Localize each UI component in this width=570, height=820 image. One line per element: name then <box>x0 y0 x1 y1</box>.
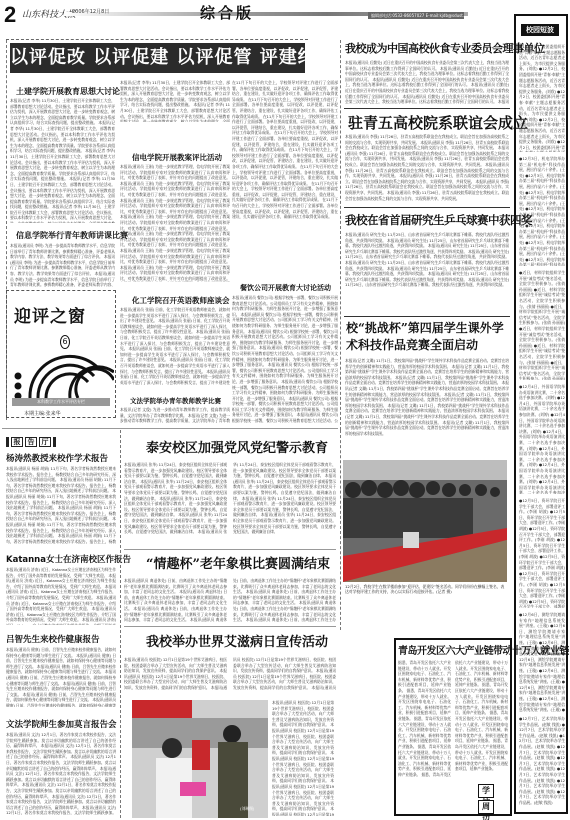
campus-brief-item: ●12月3日，机电学院举办第三届“机电杯”科技作品展，展出作品六十余件。(王亮)… <box>519 156 565 266</box>
article-body-center-column: 在11月下旬召开的大会上，学校领导对评建工作进行了全面部署。各单位要高度重视，以… <box>232 80 338 268</box>
headline-table-tennis: 我校在省首届研究生乒乓球赛中获四奖 <box>345 212 532 228</box>
headline-aids-day: 我校举办世界艾滋病日宣传活动 <box>146 631 328 650</box>
divider <box>340 40 341 430</box>
article-body-civil-college-cont: 本报讯(记者 李华) 11月30日，土建学院召开全体教职工大会，部署教育思想大讨… <box>120 80 230 122</box>
article-body-katanna-report: 本报讯(通讯员 济南) 近日，Katanna女士应邀在济南校区为师生作报告，介绍… <box>6 567 116 625</box>
article-body-yang-report: 本报讯(通讯员 杨丽 胡娟) 11月下旬，著名学者杨涛然教授应邀来我校作学术报告… <box>6 466 116 544</box>
lead-banner-headline: 以评促改 以评促建 以评促管 评建结合 重在建设 <box>10 43 305 73</box>
tag-surroundings: 周 边 <box>478 800 494 814</box>
article-body-chess: 本报讯(通讯员 离退休处) 日前，由离退休工作处主办的“情趣杯”老年象棋比赛圆满… <box>124 578 336 624</box>
article-body-aids-day-cont: 本报讯(通讯员 校医院) 12月1日是第19个世界艾滋病日，校医院、校团委联合举… <box>272 700 334 816</box>
divider <box>344 207 510 208</box>
headline-law-report: 文法学院师生参加莫言报告会 <box>6 718 117 730</box>
article-body-law-report: 本报讯(通讯员 文法) 12月1日，著名作家莫言来我校作报告，文法学院师生踊跃参… <box>6 732 116 816</box>
report-hall-label: 报 告 厅 <box>6 436 56 448</box>
article-body-alliance: 本报讯(通讯员 李强) 11月26日，驻青五高校院系联谊会在我校成立。联谊会旨在… <box>345 134 509 204</box>
headline-chem-college: 化工学院召开英语教师座谈会 <box>132 295 230 306</box>
campus-brief-item: ●近日，材料学院组织学生开展“诚信考试”签名活动，全院学生积极参与。(张倩 孙丽… <box>519 270 565 380</box>
headline-civil-college: 土建学院开展教育思想大讨论 <box>16 86 120 97</box>
report-hall-char: 报 <box>11 437 23 447</box>
divider <box>6 39 308 40</box>
article-body-taian-campus: 本报讯(通讯员 张华) 11月24日，泰安校区组织全体党员干部观看警示教育片，进… <box>124 462 336 548</box>
headline-yang-report: 杨涛然教授来校作学术报告 <box>6 452 108 464</box>
contact-info: 编辑部电话:0532-86057027 E-mail:kjdb@sdust.ed… <box>368 12 464 19</box>
headline-challenge-cup: 校“挑战杯”第四届学生课外学术科技作品竞赛全面启动 <box>346 320 510 354</box>
headline-katanna-report: Katanna女士在济南校区作报告 <box>6 553 131 565</box>
welcome-window-editor: 本期主编:张来华 <box>24 410 61 417</box>
photo-aids-day <box>132 700 268 818</box>
campus-briefs-title: 校园短波 <box>521 24 559 36</box>
photo-signing-event <box>343 460 507 582</box>
welcome-window-issue: 6 <box>60 335 70 349</box>
article-body-catering-company: 本报讯(通讯员 餐饮公司) 根据学校统一部署，餐饮公司积极开展教育思想大讨论活动… <box>232 295 338 423</box>
headline-elec-college: 信电学院开展教案评比活动 <box>132 152 222 163</box>
article-body-info-contest: 本报讯(通讯员 李明) 为进一步提高青年教师教学水平，信息学院日前举行了青年教师… <box>10 243 115 287</box>
article-body-table-tennis: 本报讯(通讯员 研究生处) 11月25日，山东省首届研究生乒乓球比赛落下帷幕。我… <box>345 232 509 314</box>
campus-brief-item: ●12月4日，外国语学院举办英语演讲比赛，二十余名选手参加决赛。(刘婷) ●12… <box>519 384 565 494</box>
headline-alliance: 驻青五高校院系联谊会成立 <box>348 112 528 133</box>
report-hall-char: 告 <box>25 437 37 447</box>
headline-taian-campus: 泰安校区加强党风党纪警示教育 <box>146 437 328 456</box>
divider <box>124 626 336 627</box>
article-body-law-young-teacher: 本报讯(记者 文俊) 为进一步推动青年教师教学工作，提高教学质量，文法学院举办了… <box>120 407 230 423</box>
photo-signing-crowd-graphic <box>343 460 507 582</box>
headline-law-young-teacher: 文法学院举办青年教师教学比赛 <box>130 396 221 405</box>
report-hall-cap <box>53 437 56 447</box>
article-body-elec-college: 本报讯(通讯员 王刚) 为进一步规范教学管理，信电学院开展了教案评比活动。学院组… <box>120 164 230 282</box>
welcome-window-strip: 本科教学工作水平评估专栏 <box>12 398 110 406</box>
headline-catering-company: 餐饮公司开展教育大讨论活动 <box>240 283 331 293</box>
divider <box>344 316 510 317</box>
article-body-civil-college: 本报讯(记者 李华) 11月30日，土建学院召开全体教职工大会，部署教育思想大讨… <box>10 98 115 223</box>
issue-date: 2006年12月8日 <box>72 8 109 15</box>
headline-chess: “情趣杯”老年象棋比赛圆满结束 <box>146 553 330 572</box>
campus-brief-item: ●12月7日，艺术学院举办学生作品展。(赵敏 钱凯) ●12月7日，艺术学院举办… <box>519 716 565 812</box>
divider <box>340 430 341 630</box>
divider <box>120 430 121 818</box>
article-body-chem-college: 本报讯(通讯员 张丽) 日前，化工学院召开英语教师座谈会，就如何进一步提高学生英… <box>120 307 230 385</box>
article-body-aids-day: 本报讯(通讯员 校医院) 12月1日是第19个世界艾滋病日，校医院、校团委联合举… <box>124 657 336 693</box>
welcome-window-title: 迎评之窗 <box>14 302 86 327</box>
photo-aids-day-graphic <box>132 700 268 818</box>
page-number: 2 <box>4 2 16 28</box>
photo-credit-aids: (刘琳摄) <box>240 806 270 814</box>
campus-brief-item: ●12月2日，校团委组织开展“青春·奉献”主题志愿服务活动，近百名青年志愿者走上… <box>519 44 565 152</box>
report-hall-char: 厅 <box>39 437 51 447</box>
campus-brief-item: ●12月6日，测绘学院邀请专家作“地理信息系统发展”讲座。(王璇) ●12月6日… <box>519 612 565 712</box>
article-body-catering-committee: 本报讯(通讯员 后勤处) 近日在重庆召开的中国高校伙食专业委员会第三次代表大会上… <box>345 60 509 105</box>
divider <box>124 549 336 550</box>
welcome-window-arcs-graphic <box>10 350 114 398</box>
report-hall-cap <box>6 437 9 447</box>
tag-school: 学 校 <box>478 784 494 798</box>
divider <box>344 108 510 109</box>
article-body-lv-report: 本报讯(通讯员 健康) 日前，吕智先生应邀来校作健康报告，就如何保持身心健康等问… <box>6 647 116 707</box>
article-body-challenge-cup: 本报讯(记者 文璐) 11月1日，我校第四届“挑战杯”学生课外学术科技作品竞赛全… <box>345 358 509 458</box>
campus-brief-item: ●12月5日，资环学院召开学生干部大会，部署迎评工作。(李刚 胡波) ●12月5… <box>519 498 565 608</box>
divider <box>2 428 338 429</box>
headline-info-contest: 信息学院举行青年教师讲课比赛 <box>16 230 128 241</box>
section-title: 综合版 <box>200 2 254 23</box>
headline-lv-report: 吕智先生来校作健康报告 <box>6 633 100 645</box>
photo-caption-signing: 12月2日，我校学生在数学楼前参加“迎评估、促建设”签名活动。同学们纷纷在横幅上… <box>345 584 508 630</box>
